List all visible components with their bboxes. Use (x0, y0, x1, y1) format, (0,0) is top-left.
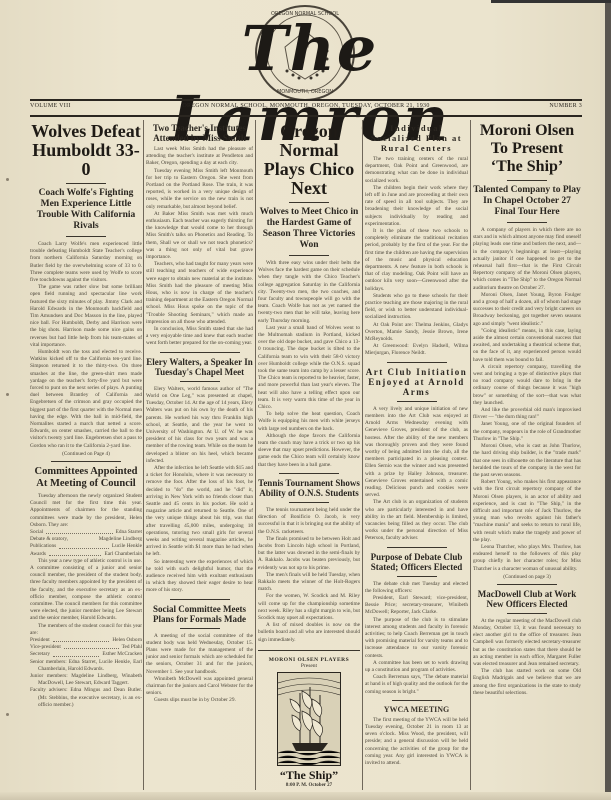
scan-edge-shadow (605, 0, 611, 800)
column-2: Two Teacher's Institutes Attended by Mis… (146, 120, 253, 705)
article-body: The first meeting of the YWCA will be he… (365, 717, 468, 767)
divider (397, 576, 437, 577)
binding-hole (6, 713, 9, 716)
paragraph: Teachers, who had taught for many years … (146, 261, 253, 326)
paragraph: At the regular meeting of the MacDowell … (473, 618, 581, 668)
article-body: The debate club met Tuesday and elected … (365, 581, 468, 696)
list-item: Faculty advisers: Edna Mingus and Dean B… (30, 687, 142, 709)
headline: Wolves Defeat Humboldt 33-0 (30, 122, 142, 179)
masthead-rule (30, 115, 582, 117)
sailing-ship-illustration-icon (277, 672, 341, 766)
paragraph: With three easy wins under their belts t… (258, 260, 360, 325)
paragraph: The Art club is an organization of stude… (365, 499, 468, 542)
column-divider (255, 120, 256, 790)
dateline: VOLUME VIII OREGON NORMAL SCHOOL, MONMOU… (30, 103, 582, 113)
headline: Two Teacher's Institutes Attended by Mis… (146, 123, 253, 143)
article-wolves-defeat-humboldt: Wolves Defeat Humboldt 33-0 Coach Wolfe'… (30, 122, 142, 457)
list-item: Debate & oratory,Magdeline Lindberg (30, 536, 142, 543)
paragraph: A circuit repertory company, travelling … (473, 364, 581, 407)
name: Magdeline Lindberg (99, 536, 142, 543)
paragraph: In conclusion, Miss Smith stated that sh… (146, 326, 253, 348)
name: Ted Pfahl (122, 644, 142, 651)
role: Vice-president (30, 644, 61, 651)
article-body: Last week Miss Smith had the pleasure of… (146, 146, 253, 348)
masthead: OREGON NORMAL SCHOOL MONMOUTH, OREGON Th… (0, 0, 611, 116)
role: Awards (30, 551, 46, 558)
headline: Art Club Initiation Enjoyed at Arnold Ar… (365, 367, 468, 397)
article-body: A meeting of the social committee of the… (146, 633, 253, 705)
advertisement-the-ship: MORONI OLSEN PLAYERS Present (258, 650, 360, 788)
paragraph: Robert Young, who makes his first appear… (473, 479, 581, 544)
divider (387, 547, 447, 548)
paragraph: Tuesday afternoon the newly organized St… (30, 493, 142, 529)
paragraph: The tennis tournament being held under t… (258, 507, 360, 536)
divider (392, 700, 442, 701)
article-body: This year a new type of athletic control… (30, 558, 142, 637)
divider (507, 180, 547, 181)
paragraph: President, Earl Steward; vice-president,… (365, 595, 468, 617)
list-item: SocialEdna Starret (30, 529, 142, 536)
dateline-text: OREGON NORMAL SCHOOL, MONMOUTH, OREGON, … (30, 103, 582, 109)
divider (170, 599, 230, 600)
paragraph: A committee has been set to work drawing… (365, 660, 468, 674)
article-body: Elery Walters, world famous author of "T… (146, 386, 253, 595)
list-item: Senior members: Edna Starret, Lucile Hen… (30, 659, 142, 673)
divider (507, 222, 547, 223)
article-tennis-tournament: Tennis Tournament Shows Ability of O.N.S… (258, 478, 360, 644)
paragraph: The game was rather slow but some brilli… (30, 284, 142, 349)
ad-show-title: “The Ship” (258, 768, 360, 783)
paragraph: Coach Berreman says, "The debate materia… (365, 674, 468, 696)
subheadline: Talented Company to Play In Chapel Octob… (473, 185, 581, 218)
role: President (30, 637, 50, 644)
divider (180, 381, 220, 382)
paragraph: Leona Thatcher, who plays Mrs. Thurlow, … (473, 544, 581, 573)
paragraph: It is the plan of these two schools to c… (365, 228, 468, 293)
role: Publications (30, 543, 56, 550)
masthead-rule (30, 99, 582, 101)
paragraph: Janet Young, one of the original founder… (473, 421, 581, 443)
list-item: Vice-presidentTed Pfahl (30, 644, 142, 651)
paragraph: The men's finals will be held Tuesday, w… (258, 572, 360, 594)
divider (507, 613, 547, 614)
divider (397, 401, 437, 402)
article-plays-chico: Oregon Normal Plays Chico Next Wolves to… (258, 122, 360, 469)
paragraph: Moroni Olsen, Janet Young, Byron Foulger… (473, 292, 581, 328)
article-moroni-olsen: Moroni Olsen To Present ‘The Ship’ Talen… (473, 122, 581, 580)
article-debate-club: Purpose of Debate Club Stated; Officers … (365, 552, 468, 696)
divider (497, 584, 557, 585)
headline: YWCA MEETING (365, 705, 468, 715)
article-ywca-meeting: YWCA MEETING The first meeting of the YW… (365, 705, 468, 767)
ad-show-time: 8:00 P. M. October 27 (258, 783, 360, 788)
paragraph: A company of players in which there are … (473, 227, 581, 292)
paragraph: At Baker Miss Smith was met with much en… (146, 211, 253, 261)
article-body: With three easy wins under their belts t… (258, 260, 360, 469)
article-committees-appointed: Committees Appointed At Meeting of Counc… (30, 466, 142, 709)
paragraph: The finals promised to be between Holt a… (258, 536, 360, 572)
paragraph: Guests slips must be in by October 29. (146, 697, 253, 704)
list-item: AwardsEarl Chamberlain (30, 551, 142, 558)
article-body: The tennis tournament being held under t… (258, 507, 360, 644)
name: Esther McCracken (102, 651, 142, 658)
column-3: Oregon Normal Plays Chico Next Wolves to… (258, 120, 360, 788)
role: Debate & oratory, (30, 536, 68, 543)
divider (279, 473, 339, 474)
paragraph: At Oak Point are: Thelma Jenkins, Gladys… (365, 322, 468, 344)
article-macdowell-club: MacDowell Club at Work New Officers Elec… (473, 589, 581, 697)
paragraph: After the infection he left Seattle with… (146, 465, 253, 559)
divider (289, 255, 329, 256)
column-divider (362, 120, 363, 790)
headline: MacDowell Club at Work New Officers Elec… (473, 589, 581, 609)
article-body: At the regular meeting of the MacDowell … (473, 618, 581, 697)
paragraph: Moroni Olsen, who is cast as John Thurlo… (473, 443, 581, 479)
paragraph: The purpose of the club is to stimulate … (365, 617, 468, 660)
list-item: PublicationsLucile Henkle (30, 543, 142, 550)
issue-number: NUMBER 3 (549, 103, 582, 109)
paragraph: Coach Larry Wolfe's men experienced litt… (30, 241, 142, 284)
list-item: SecretaryEsther McCracken (30, 651, 142, 658)
page-bottom-edge (0, 792, 611, 800)
paragraph: The children begin their work where they… (365, 185, 468, 228)
paragraph: Elery Walters, world famous author of "T… (146, 386, 253, 465)
paragraph: Tuesday evening Miss Smith left Monmouth… (146, 168, 253, 211)
binding-hole (6, 178, 9, 181)
continued-note: (Continued on Page 4) (30, 451, 142, 457)
column-1: Wolves Defeat Humboldt 33-0 Coach Wolfe'… (30, 120, 142, 709)
paragraph: A list of mixed doubles is now on the bu… (258, 622, 360, 644)
paragraph: Last year a small band of Wolves went to… (258, 325, 360, 411)
paragraph: Students who go to these schools for the… (365, 293, 468, 322)
name: Lucile Henkle (112, 543, 142, 550)
headline: Committees Appointed At Meeting of Counc… (30, 466, 142, 490)
article-body: A company of players in which there are … (473, 227, 581, 573)
headline: Purpose of Debate Club Stated; Officers … (365, 552, 468, 572)
article-individual-socialized-plan: Individual Socialized Plan at Rural Cent… (365, 123, 468, 358)
ad-org-name: MORONI OLSEN PLAYERS (258, 657, 360, 663)
column-divider (470, 120, 471, 790)
paragraph: Winnibeth McDowell was appointed general… (146, 676, 253, 698)
ad-present-label: Present (258, 663, 360, 669)
subheadline: Coach Wolfe's Fighting Men Experience Li… (30, 188, 142, 232)
article-art-club-initiation: Art Club Initiation Enjoyed at Arnold Ar… (365, 367, 468, 543)
column-divider (143, 120, 144, 790)
paragraph: Humboldt won the toss and elected to rec… (30, 349, 142, 450)
headline: Individual Socialized Plan at Rural Cent… (365, 123, 468, 153)
divider (289, 502, 329, 503)
divider (51, 461, 121, 462)
divider (66, 236, 106, 237)
article-body: The two training centers of the rural de… (365, 156, 468, 358)
article-body: Tuesday afternoon the newly organized St… (30, 493, 142, 529)
headline: Social Committee Meets Plans for Formals… (146, 604, 253, 624)
paragraph: At Greenwood: Evelyn Hadsell, Wilma Mier… (365, 343, 468, 357)
headline: Tennis Tournament Shows Ability of O.N.S… (258, 478, 360, 498)
article-body: Coach Larry Wolfe's men experienced litt… (30, 241, 142, 450)
paragraph: The two training centers of the rural de… (365, 156, 468, 185)
paragraph: A meeting of the social committee of the… (146, 633, 253, 676)
name: Earl Chamberlain (104, 551, 142, 558)
article-teacher-institutes: Two Teacher's Institutes Attended by Mis… (146, 123, 253, 348)
paragraph: Although the dope favors the California … (258, 433, 360, 469)
divider (289, 202, 329, 203)
paragraph: The first meeting of the YWCA will be he… (365, 717, 468, 767)
paragraph: This year a new type of athletic control… (30, 558, 142, 623)
headline: Moroni Olsen To Present ‘The Ship’ (473, 122, 581, 176)
divider (180, 628, 220, 629)
paragraph: To help solve the heat question, Coach W… (258, 411, 360, 433)
paragraph: A very lively and unique initiation of n… (365, 406, 468, 500)
list-item: Junior members: Magdeline Lindberg, Wina… (30, 673, 142, 687)
newspaper-page: OREGON NORMAL SCHOOL MONMOUTH, OREGON Th… (0, 0, 611, 800)
headline: Oregon Normal Plays Chico Next (258, 122, 360, 198)
paragraph: For the women, W. Scodick and M. Riley w… (258, 593, 360, 622)
paragraph: "Going idealistic" means, in this case, … (473, 328, 581, 364)
paragraph: So interesting were the experiences of w… (146, 559, 253, 595)
paragraph: The club has started work on some Old En… (473, 668, 581, 697)
column-4: Individual Socialized Plan at Rural Cent… (365, 120, 468, 767)
article-body: A very lively and unique initiation of n… (365, 406, 468, 543)
continued-note: (Continued on page 3) (473, 574, 581, 580)
column-5: Moroni Olsen To Present ‘The Ship’ Talen… (473, 120, 581, 697)
role: Secretary (30, 651, 50, 658)
role: Social (30, 529, 43, 536)
binding-hole (6, 393, 9, 396)
name: Edna Starret (116, 529, 142, 536)
article-elery-walters: Elery Walters, a Speaker In Tuesday's Ch… (146, 357, 253, 595)
paragraph: The members of the student council for t… (30, 623, 142, 637)
paragraph: Last week Miss Smith had the pleasure of… (146, 146, 253, 168)
headline: Elery Walters, a Speaker In Tuesday's Ch… (146, 357, 253, 377)
subheadline: Wolves to Meet Chico in the Hardest Game… (258, 207, 360, 251)
divider (66, 183, 106, 184)
divider (387, 362, 447, 363)
paragraph: The debate club met Tuesday and elected … (365, 581, 468, 595)
divider (160, 352, 240, 353)
article-social-committee: Social Committee Meets Plans for Formals… (146, 604, 253, 705)
paragraph: And like the proverbial old man's improv… (473, 407, 581, 421)
